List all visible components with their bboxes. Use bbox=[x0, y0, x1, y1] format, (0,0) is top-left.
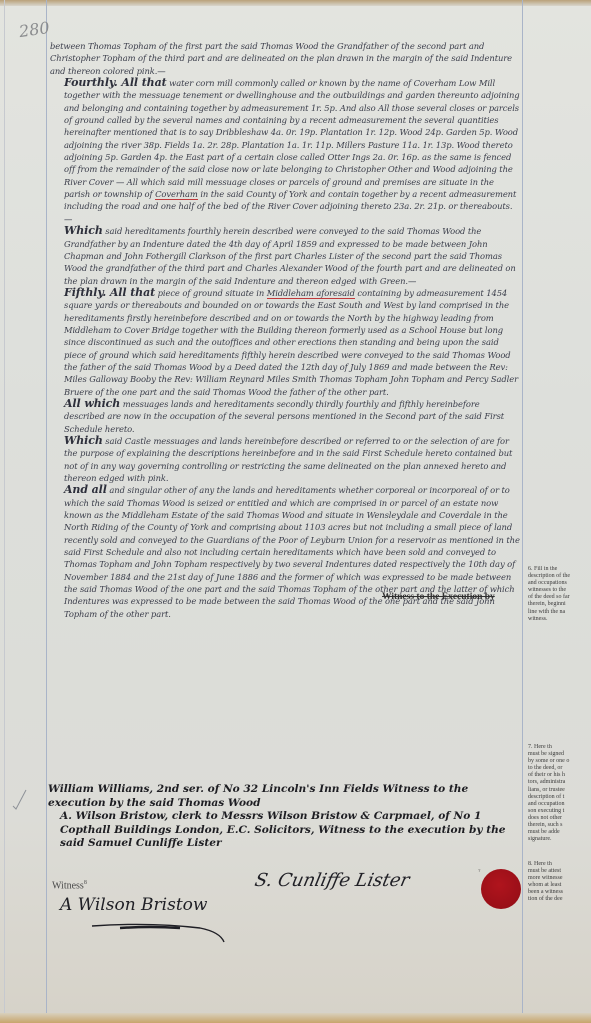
margin-note-line: son executing t bbox=[528, 808, 591, 815]
paragraph-text: piece of ground situate in bbox=[158, 288, 265, 298]
attestation-bristow: A. Wilson Bristow, clerk to Messrs Wilso… bbox=[48, 810, 528, 851]
deed-page: 280 between Thomas Topham of the first p… bbox=[0, 0, 591, 1023]
page-top-edge bbox=[0, 0, 591, 6]
margin-note-line: description of t bbox=[528, 794, 591, 801]
paragraph-which-castle: Which said Castle messuages and lands he… bbox=[50, 435, 520, 484]
margin-note-line: tors, administra bbox=[528, 779, 591, 786]
red-underlined-place-name: Coverham bbox=[155, 189, 198, 200]
margin-note-line: must be signed bbox=[528, 751, 591, 758]
paragraph-lead: Which bbox=[64, 224, 103, 237]
signature-flourish-icon bbox=[90, 922, 230, 944]
paragraph-text: messuages lands and hereditaments second… bbox=[64, 399, 504, 434]
margin-note-line: of the deed so far bbox=[528, 594, 591, 601]
wax-seal-icon bbox=[481, 869, 521, 909]
margin-note-line: more witnesse bbox=[528, 875, 591, 882]
margin-note-line: and occupation bbox=[528, 801, 591, 808]
margin-note-line: therein, such s bbox=[528, 822, 591, 829]
paragraph-text-tail: containing by admeasurement 1454 square … bbox=[64, 288, 518, 397]
page-bottom-edge bbox=[0, 1013, 591, 1023]
witness-footnote-ref: 8 bbox=[84, 880, 87, 886]
paragraph-fourthly: Fourthly. All that water corn mill commo… bbox=[50, 77, 520, 225]
margin-note-line: 7. Here th bbox=[528, 744, 591, 751]
paragraph-lead: Fourthly. All that bbox=[64, 76, 167, 89]
paragraph-text: water corn mill commonly called or known… bbox=[64, 78, 520, 199]
paragraph-lead: Fifthly. All that bbox=[64, 286, 155, 299]
pencil-tick-icon bbox=[10, 788, 28, 810]
deed-body-text: between Thomas Topham of the first part … bbox=[50, 40, 520, 620]
red-underlined-place-name: Middleham aforesaid bbox=[267, 288, 355, 299]
margin-note-line: signature. bbox=[528, 836, 591, 843]
margin-note-line: therein, beginni bbox=[528, 601, 591, 608]
margin-note-line: tion of the dee bbox=[528, 896, 591, 903]
paragraph-text: between Thomas Topham of the first part … bbox=[50, 41, 512, 76]
margin-note-line: description of the bbox=[528, 573, 591, 580]
struck-witness-execution-heading: Witness to the Execution by bbox=[382, 592, 495, 602]
signature-lister: S. Cunliffe Lister bbox=[253, 870, 412, 891]
witness-label: Witness8 bbox=[52, 880, 87, 891]
margin-note-line: of their or his h bbox=[528, 772, 591, 779]
paragraph-lead: All which bbox=[64, 397, 120, 410]
left-margin-rule bbox=[46, 0, 47, 1023]
margin-note-line: 8. Here th bbox=[528, 861, 591, 868]
margin-note-line: must be attest bbox=[528, 868, 591, 875]
paragraph-fifthly: Fifthly. All that piece of ground situat… bbox=[50, 287, 520, 398]
witness-label-text: Witness bbox=[52, 880, 84, 891]
margin-note-line: must be adde bbox=[528, 829, 591, 836]
paragraph-continuation: between Thomas Topham of the first part … bbox=[50, 40, 520, 77]
paragraph-all-which: All which messuages lands and hereditame… bbox=[50, 398, 520, 435]
outer-margin-rule bbox=[4, 0, 5, 1023]
margin-note-line: lians, or trustee bbox=[528, 787, 591, 794]
seal-footnote-ref: 7 bbox=[478, 868, 481, 873]
paragraph-which-fourthly: Which said hereditaments fourthly herein… bbox=[50, 225, 520, 287]
signature-bristow: A Wilson Bristow bbox=[60, 895, 207, 915]
margin-note-line: does not other bbox=[528, 815, 591, 822]
paragraph-text: said hereditaments fourthly herein descr… bbox=[64, 226, 516, 285]
margin-note-8: 8. Here th must be attest more witnesse … bbox=[528, 861, 591, 904]
attestation-williams: William Williams, 2nd ser. of No 32 Linc… bbox=[48, 783, 528, 810]
margin-note-6: 6. Fill in the description of the and oc… bbox=[528, 566, 591, 623]
margin-note-line: and occupations bbox=[528, 580, 591, 587]
margin-note-7: 7. Here th must be signed by some or one… bbox=[528, 744, 591, 843]
paragraph-text: said Castle messuages and lands hereinbe… bbox=[64, 436, 512, 483]
margin-note-line: whom at least bbox=[528, 882, 591, 889]
right-margin-rule bbox=[522, 0, 523, 1023]
margin-note-line: witness. bbox=[528, 616, 591, 623]
paragraph-lead: And all bbox=[64, 483, 107, 496]
attestation-clauses: William Williams, 2nd ser. of No 32 Linc… bbox=[48, 783, 528, 851]
margin-note-line: line with the na bbox=[528, 609, 591, 616]
paragraph-lead: Which bbox=[64, 434, 103, 447]
margin-note-line: by some or one o bbox=[528, 758, 591, 765]
